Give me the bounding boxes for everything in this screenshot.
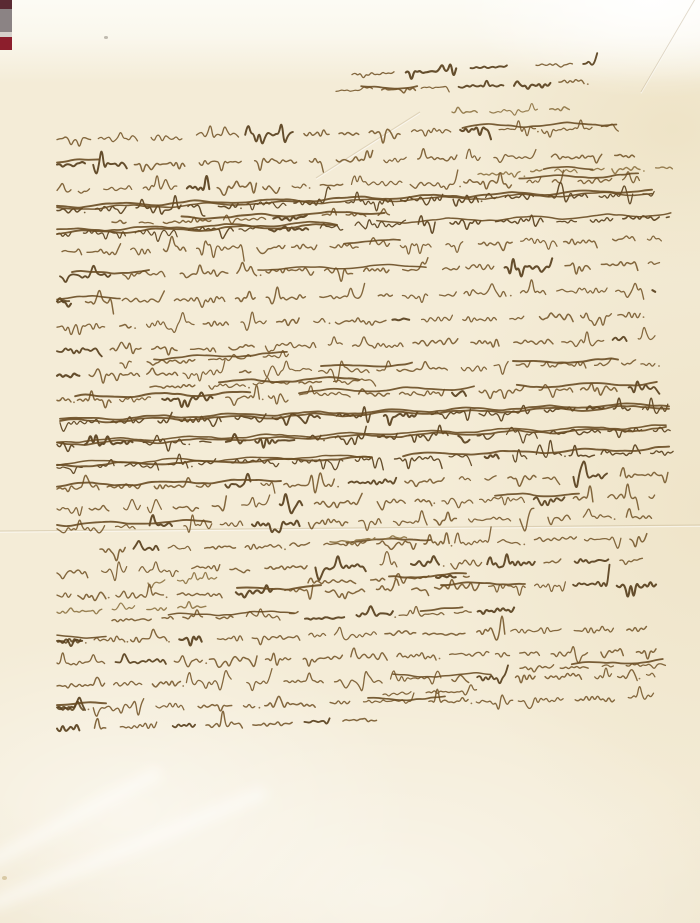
- ink-dot: [443, 565, 445, 567]
- ink-stroke: [400, 390, 445, 396]
- ink-stroke: [147, 313, 195, 333]
- ink-stroke: [152, 681, 180, 687]
- handwritten-line: [352, 65, 507, 79]
- ink-stroke: [197, 241, 245, 261]
- ink-stroke: [351, 648, 387, 660]
- ink-dot: [323, 440, 325, 442]
- ink-stroke: [78, 592, 106, 600]
- ink-stroke: [252, 636, 300, 645]
- handwritten-line: [57, 213, 671, 241]
- ink-stroke: [339, 133, 359, 136]
- paper-sheen-streak: [0, 792, 265, 905]
- strikethrough-stroke: [57, 427, 666, 445]
- ink-dot: [127, 641, 129, 643]
- ink-stroke: [543, 477, 560, 484]
- ink-stroke: [98, 133, 137, 142]
- ink-stroke: [446, 242, 463, 253]
- ink-stroke: [60, 266, 110, 282]
- ink-stroke: [139, 562, 178, 577]
- ink-stroke: [164, 236, 186, 251]
- ink-stroke: [638, 328, 655, 340]
- ink-stroke: [284, 473, 334, 493]
- ink-stroke: [423, 633, 465, 635]
- ink-stroke: [57, 184, 71, 192]
- ink-stroke: [330, 244, 358, 248]
- ink-stroke: [237, 262, 257, 275]
- ink-stroke: [622, 360, 636, 365]
- ink-stroke: [199, 161, 241, 171]
- ink-stroke: [534, 497, 565, 505]
- crease-line: [316, 113, 420, 179]
- ink-stroke: [197, 126, 239, 137]
- ink-dot: [471, 703, 473, 705]
- ink-dot: [262, 399, 264, 401]
- ink-stroke: [440, 292, 457, 296]
- crease-line: [641, 0, 697, 93]
- ink-stroke: [177, 593, 222, 598]
- spine-bar-segment: [0, 9, 12, 32]
- ink-stroke: [178, 602, 206, 609]
- ink-stroke: [627, 627, 647, 632]
- ink-stroke: [426, 685, 476, 695]
- ink-stroke: [536, 63, 572, 67]
- handwritten-line: [100, 527, 647, 561]
- ink-stroke: [206, 711, 242, 728]
- ink-stroke: [400, 244, 431, 254]
- ink-stroke: [320, 283, 365, 298]
- ink-stroke: [562, 332, 604, 347]
- handwritten-line: [112, 208, 389, 223]
- ink-stroke: [601, 649, 623, 658]
- ink-stroke: [531, 170, 542, 172]
- ink-stroke: [178, 572, 217, 583]
- ink-stroke: [485, 454, 499, 458]
- ink-stroke: [479, 242, 513, 251]
- ink-stroke: [551, 647, 587, 663]
- crease-layer: [0, 0, 700, 532]
- ink-stroke: [247, 669, 272, 691]
- ink-stroke: [406, 65, 456, 79]
- ink-stroke: [150, 515, 172, 526]
- ink-stroke: [452, 675, 469, 682]
- handwritten-line: [150, 377, 376, 389]
- ink-stroke: [443, 266, 460, 270]
- ink-stroke: [57, 725, 79, 731]
- ink-stroke: [471, 339, 499, 347]
- ink-stroke: [95, 719, 106, 729]
- ink-stroke: [511, 628, 561, 634]
- ink-stroke: [198, 705, 232, 711]
- ink-stroke: [647, 673, 655, 677]
- ink-stroke: [536, 440, 561, 457]
- ink-dot: [108, 597, 110, 599]
- ink-stroke: [378, 294, 392, 296]
- handwritten-line: [57, 280, 655, 314]
- strikethrough-stroke: [393, 673, 491, 677]
- ink-stroke: [573, 461, 607, 487]
- strikethrough-stroke: [75, 392, 250, 397]
- ink-stroke: [147, 368, 178, 375]
- ink-stroke: [641, 363, 655, 366]
- ink-stroke: [57, 507, 82, 516]
- ink-stroke: [330, 701, 350, 704]
- ink-stroke: [89, 369, 139, 383]
- handwritten-line: [452, 104, 569, 116]
- ink-stroke: [383, 692, 411, 696]
- ink-stroke: [534, 537, 576, 542]
- ink-stroke: [133, 541, 158, 550]
- ink-stroke: [308, 578, 356, 583]
- ink-stroke: [380, 552, 397, 567]
- ink-stroke: [628, 687, 653, 700]
- ink-stroke: [403, 258, 428, 271]
- ink-stroke: [309, 159, 323, 173]
- ink-stroke: [292, 244, 317, 249]
- ink-stroke: [620, 558, 642, 564]
- ink-stroke: [110, 342, 141, 353]
- strikethrough-stroke: [368, 696, 445, 700]
- strikethrough-stroke: [168, 611, 294, 615]
- ink-dot: [639, 678, 641, 680]
- ink-stroke: [315, 556, 365, 580]
- ink-stroke: [100, 548, 125, 561]
- ink-dot: [433, 502, 435, 504]
- ink-stroke: [120, 722, 156, 728]
- ink-stroke: [364, 268, 389, 273]
- ink-dot: [481, 200, 483, 202]
- ink-stroke: [585, 537, 621, 548]
- ink-stroke: [245, 544, 281, 549]
- ink-stroke: [385, 631, 416, 635]
- ink-stroke: [120, 325, 131, 328]
- ink-stroke: [229, 345, 254, 350]
- handwritten-line: [57, 616, 646, 646]
- ink-stroke: [209, 384, 245, 389]
- strikethrough-stroke: [519, 173, 638, 178]
- handwritten-line: [305, 606, 514, 619]
- handwritten-line: [57, 312, 644, 334]
- ink-stroke: [116, 525, 136, 529]
- strikethrough-stroke: [513, 358, 618, 362]
- ink-stroke: [402, 294, 427, 302]
- ink-stroke: [487, 554, 535, 567]
- ink-stroke: [648, 262, 659, 264]
- ink-stroke: [57, 677, 105, 687]
- ink-stroke: [494, 150, 536, 163]
- ink-stroke: [418, 216, 435, 233]
- ink-stroke: [180, 265, 228, 278]
- ink-stroke: [57, 137, 91, 146]
- ink-dot: [524, 175, 526, 177]
- ink-stroke: [268, 394, 288, 404]
- ink-stroke: [355, 457, 383, 470]
- ink-stroke: [557, 288, 607, 293]
- strikethrough-stroke: [495, 494, 579, 497]
- handwritten-line: [62, 236, 661, 261]
- ink-stroke: [112, 220, 126, 223]
- ink-stroke: [652, 290, 655, 292]
- handwriting-layer: [57, 53, 673, 731]
- paper-speck: [2, 876, 7, 880]
- ink-stroke: [415, 499, 432, 505]
- ink-stroke: [477, 665, 508, 683]
- ink-stroke: [421, 86, 449, 91]
- ink-stroke: [86, 291, 114, 314]
- ink-stroke: [442, 498, 473, 507]
- ink-stroke: [188, 205, 205, 216]
- ink-stroke: [455, 527, 491, 545]
- ink-stroke: [649, 495, 655, 498]
- ink-stroke: [156, 703, 184, 710]
- ink-stroke: [261, 482, 275, 493]
- ink-stroke: [116, 654, 166, 664]
- ink-stroke: [112, 603, 134, 610]
- ink-stroke: [498, 540, 520, 545]
- crease-line: [316, 112, 420, 178]
- handwritten-line: [520, 659, 665, 672]
- ink-stroke: [57, 653, 105, 665]
- ink-stroke: [57, 324, 105, 335]
- handwriting-svg: [0, 0, 700, 923]
- ink-dot: [329, 322, 331, 324]
- ink-stroke: [265, 566, 307, 570]
- ink-dot: [88, 709, 90, 711]
- ink-stroke: [304, 130, 329, 136]
- ink-stroke: [581, 313, 612, 325]
- ink-stroke: [150, 385, 195, 388]
- ink-stroke: [284, 673, 323, 683]
- ink-stroke: [413, 338, 458, 345]
- ink-stroke: [581, 384, 617, 395]
- ink-stroke: [191, 348, 216, 352]
- spine-bar-segment: [0, 37, 12, 50]
- ink-stroke: [57, 467, 82, 474]
- ink-stroke: [626, 664, 665, 669]
- ink-stroke: [384, 157, 406, 162]
- ink-stroke: [104, 186, 132, 191]
- ink-dot: [451, 545, 453, 547]
- ink-stroke: [565, 263, 590, 274]
- ink-stroke: [336, 151, 372, 162]
- ink-stroke: [477, 616, 505, 640]
- ink-stroke: [510, 316, 524, 319]
- ink-stroke: [575, 696, 614, 702]
- ink-dot: [523, 544, 525, 546]
- ink-stroke: [466, 149, 480, 160]
- ink-stroke: [334, 627, 376, 639]
- ink-stroke: [629, 381, 660, 393]
- ink-stroke: [226, 385, 260, 405]
- ink-stroke: [134, 163, 184, 172]
- ink-stroke: [479, 386, 524, 398]
- strikethrough-stroke: [258, 264, 426, 270]
- ink-stroke: [173, 724, 195, 728]
- ink-stroke: [236, 292, 256, 302]
- ink-stroke: [315, 493, 363, 507]
- ink-stroke: [394, 511, 428, 526]
- ink-stroke: [560, 667, 588, 669]
- ink-stroke: [266, 653, 291, 665]
- ink-stroke: [192, 565, 220, 571]
- ink-stroke: [242, 495, 270, 507]
- ink-stroke: [325, 268, 353, 281]
- ink-stroke: [352, 72, 394, 78]
- ink-stroke: [57, 398, 71, 402]
- ink-stroke: [411, 556, 439, 566]
- ink-stroke: [424, 533, 449, 545]
- ink-stroke: [352, 176, 402, 186]
- ink-stroke: [454, 611, 471, 614]
- handwritten-line: [57, 170, 639, 195]
- ink-stroke: [87, 244, 121, 255]
- handwritten-line: [57, 328, 655, 357]
- ink-stroke: [463, 317, 497, 322]
- ink-stroke: [451, 560, 482, 569]
- ink-stroke: [636, 649, 656, 659]
- ink-stroke: [162, 617, 173, 619]
- ink-stroke: [371, 578, 385, 581]
- handwritten-line: [57, 425, 670, 451]
- ink-stroke: [459, 477, 470, 481]
- spine-bar-segment: [0, 0, 12, 9]
- ink-dot: [134, 327, 136, 329]
- ink-stroke: [559, 80, 584, 84]
- paper-speck: [104, 36, 108, 39]
- ink-stroke: [490, 104, 538, 116]
- ink-stroke: [62, 249, 82, 255]
- ink-stroke: [147, 360, 195, 366]
- handwritten-line: [57, 711, 377, 731]
- ink-stroke: [93, 152, 127, 174]
- ink-stroke: [496, 653, 510, 657]
- ink-stroke: [357, 606, 393, 616]
- ink-stroke: [499, 121, 535, 136]
- ink-stroke: [583, 509, 611, 518]
- handwritten-line: [57, 552, 642, 581]
- ink-dot: [166, 596, 168, 598]
- ink-stroke: [397, 653, 436, 660]
- strikethrough-stroke: [321, 363, 412, 367]
- strikethrough-stroke: [544, 167, 593, 170]
- ink-dot: [85, 642, 87, 644]
- ink-stroke: [395, 456, 443, 468]
- ink-stroke: [464, 284, 506, 297]
- ink-dot: [643, 170, 645, 172]
- strikethrough-stroke: [361, 86, 417, 89]
- strikethrough-stroke: [237, 585, 321, 590]
- ink-stroke: [449, 454, 471, 465]
- ink-stroke: [459, 81, 504, 88]
- ink-stroke: [615, 154, 635, 157]
- ink-stroke: [464, 576, 470, 577]
- manuscript-page: [0, 0, 700, 923]
- ink-dot: [643, 316, 645, 318]
- ink-stroke: [240, 371, 251, 373]
- ink-stroke: [618, 670, 638, 681]
- ink-stroke: [303, 655, 342, 666]
- ink-stroke: [548, 515, 570, 524]
- ink-stroke: [241, 312, 266, 330]
- ink-stroke: [328, 337, 342, 345]
- strikethrough-stroke: [421, 607, 463, 611]
- ink-stroke: [514, 81, 550, 88]
- ink-stroke: [212, 496, 226, 511]
- ink-stroke: [574, 626, 613, 632]
- ink-stroke: [114, 681, 142, 686]
- ink-stroke: [220, 521, 242, 526]
- ink-stroke: [514, 339, 553, 344]
- ink-stroke: [466, 264, 494, 269]
- ink-stroke: [550, 107, 570, 111]
- ink-stroke: [309, 519, 348, 529]
- ink-stroke: [540, 313, 574, 322]
- ink-stroke: [450, 220, 481, 229]
- ink-stroke: [450, 652, 489, 657]
- ink-stroke: [544, 559, 561, 563]
- ink-dot: [182, 685, 184, 687]
- ink-stroke: [452, 107, 477, 113]
- ink-dot: [337, 486, 339, 488]
- ink-dot: [248, 387, 250, 389]
- ink-stroke: [255, 158, 297, 170]
- ink-stroke: [336, 87, 372, 91]
- ink-stroke: [551, 154, 601, 163]
- ink-stroke: [186, 671, 231, 690]
- ink-stroke: [518, 698, 563, 709]
- ink-stroke: [458, 436, 469, 443]
- ink-stroke: [608, 484, 639, 510]
- ink-stroke: [112, 619, 151, 622]
- ink-stroke: [595, 668, 612, 679]
- handwritten-line: [336, 80, 589, 93]
- ink-stroke: [57, 348, 102, 356]
- ink-stroke: [122, 291, 164, 302]
- ink-dot: [309, 187, 311, 189]
- ink-stroke: [478, 608, 514, 614]
- handwritten-line: [60, 258, 660, 282]
- ink-stroke: [77, 391, 111, 408]
- ink-stroke: [102, 562, 127, 581]
- ink-stroke: [651, 451, 673, 455]
- ink-stroke: [377, 541, 416, 549]
- ink-stroke: [471, 65, 507, 68]
- ink-dot: [259, 707, 261, 709]
- ink-stroke: [253, 722, 292, 726]
- ink-stroke: [335, 672, 383, 691]
- ink-stroke: [263, 186, 280, 193]
- ink-stroke: [460, 127, 491, 139]
- handwritten-line: [57, 381, 659, 407]
- ink-stroke: [575, 559, 609, 563]
- ink-stroke: [217, 636, 242, 641]
- ink-stroke: [152, 346, 177, 354]
- ink-stroke: [601, 262, 637, 271]
- ink-stroke: [174, 297, 224, 308]
- ink-stroke: [290, 543, 310, 547]
- ink-dot: [260, 274, 262, 276]
- handwritten-line: [148, 572, 217, 587]
- handwritten-line: [120, 351, 288, 368]
- ink-stroke: [564, 239, 598, 248]
- ink-stroke: [147, 608, 167, 611]
- ink-dot: [84, 212, 86, 214]
- strikethrough-stroke: [299, 386, 474, 393]
- ink-dot: [614, 518, 616, 520]
- ink-dot: [168, 641, 170, 643]
- ink-stroke: [557, 220, 577, 223]
- ink-stroke: [266, 287, 305, 304]
- ink-dot: [658, 365, 660, 367]
